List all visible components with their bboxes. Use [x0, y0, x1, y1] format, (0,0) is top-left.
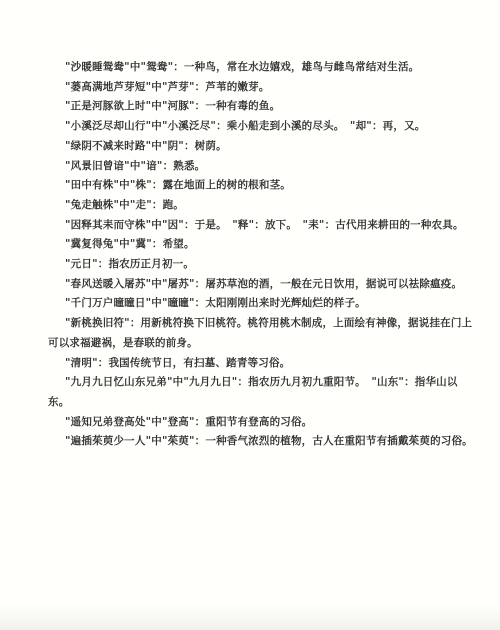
- definition-line: "遥知兄弟登高处"中"登高"：重阳节有登高的习俗。: [48, 413, 473, 433]
- definition-line: "田中有株"中"株"：露在地面上的树的根和茎。: [48, 176, 473, 196]
- definition-line: "蒌高满地芦芽短"中"芦芽"：芦苇的嫩芽。: [48, 78, 473, 98]
- definition-line: "冀复得兔"中"冀"：希望。: [48, 235, 473, 255]
- page-bottom-shadow: [0, 604, 500, 630]
- definition-line: "风景旧曾谙"中"谙"：熟悉。: [48, 157, 473, 177]
- definition-line: "因释其耒而守株"中"因"：于是。 "释"：放下。 "耒"：古代用来耕田的一种农…: [48, 216, 473, 236]
- definition-line: "小溪泛尽却山行"中"小溪泛尽"：乘小船走到小溪的尽头。 "却"：再，又。: [48, 117, 473, 137]
- definition-line: "元日"：指农历正月初一。: [48, 255, 473, 275]
- document-page: "沙暖睡鸳鸯"中"鸳鸯"：一种鸟，常在水边嬉戏，雄鸟与雌鸟常结对生活。 "蒌高满…: [0, 0, 500, 630]
- definition-line: "千门万户曈曈日"中"曈曈"：太阳刚刚出来时光辉灿烂的样子。: [48, 294, 473, 314]
- definition-line: "清明"：我国传统节日，有扫墓、踏青等习俗。: [48, 354, 473, 374]
- definition-line: "新桃换旧符"：用新桃符换下旧桃符。桃符用桃木制成，上面绘有神像，据说挂在门上可…: [48, 314, 473, 353]
- definition-line: "遍插茱萸少一人"中"茱萸"：一种香气浓烈的植物，古人在重阳节有插戴茱萸的习俗。: [48, 432, 473, 452]
- definition-line: "兔走触株"中"走"：跑。: [48, 196, 473, 216]
- definition-line: "正是河豚欲上时"中"河豚"：一种有毒的鱼。: [48, 97, 473, 117]
- vocabulary-notes-text: "沙暖睡鸳鸯"中"鸳鸯"：一种鸟，常在水边嬉戏，雄鸟与雌鸟常结对生活。 "蒌高满…: [0, 0, 500, 452]
- definition-line: "绿阴不减来时路"中"阴"：树荫。: [48, 137, 473, 157]
- definition-line: "九月九日忆山东兄弟"中"九月九日"：指农历九月初九重阳节。 "山东"：指华山以…: [48, 373, 473, 412]
- definition-line: "沙暖睡鸳鸯"中"鸳鸯"：一种鸟，常在水边嬉戏，雄鸟与雌鸟常结对生活。: [48, 58, 473, 78]
- definition-line: "春风送暖入屠苏"中"屠苏"：屠苏草泡的酒，一般在元日饮用，据说可以祛除瘟疫。: [48, 275, 473, 295]
